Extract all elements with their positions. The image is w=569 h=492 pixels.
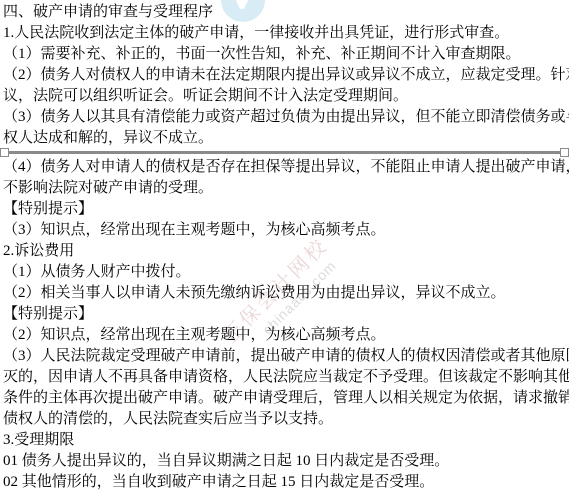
divider-handle-right[interactable]: [560, 148, 569, 157]
special-note-heading: 【特别提示】: [0, 304, 569, 325]
text-line: 3.受理期限: [0, 430, 569, 451]
text-line: 不影响法院对破产申请的受理。: [0, 178, 569, 199]
text-line: 条件的主体再次提出破产申请。破产申请受理后，管理人以相关规定为依据，请求撤销对该: [0, 388, 569, 409]
text-line: 02 其他情形的，当自收到破产申请之日起 15 日内裁定是否受理。: [0, 472, 569, 492]
text-line: （3）人民法院裁定受理破产申请前，提出破产申请的债权人的债权因清偿或者其他原因消: [0, 346, 569, 367]
text-line: 2.诉讼费用: [0, 241, 569, 262]
text-line: （2）相关当事人以申请人未预先缴纳诉讼费用为由提出异议，异议不成立。: [0, 283, 569, 304]
section-heading: 四、破产申请的审查与受理程序: [0, 2, 569, 23]
text-line: （2）知识点，经常出现在主观考题中，为核心高频考点。: [0, 325, 569, 346]
text-line: 债权人的清偿的，人民法院查实后应当予以支持。: [0, 409, 569, 430]
text-line: 权人达成和解的，异议不成立。: [0, 128, 569, 149]
page-break-line: [0, 151, 569, 154]
text-line: （1）需要补充、补正的，书面一次性告知，补充、补正期间不计入审查期限。: [0, 44, 569, 65]
text-line: （4）债务人对申请人的债权是否存在担保等提出异议，不能阻止申请人提出破产申请，也: [0, 157, 569, 178]
text-line: 1.人民法院收到法定主体的破产申请，一律接收并出具凭证，进行形式审查。: [0, 23, 569, 44]
text-line: 灭的，因申请人不再具备申请资格，人民法院应当裁定不予受理。但该裁定不影响其他符合: [0, 367, 569, 388]
page-break-divider: [0, 149, 569, 157]
divider-handle-left[interactable]: [0, 148, 9, 157]
text-line: （3）债务人以其具有清偿能力或资产超过负债为由提出异议，但不能立即清偿债务或与债: [0, 107, 569, 128]
page2-section: （4）债务人对申请人的债权是否存在担保等提出异议，不能阻止申请人提出破产申请，也…: [0, 157, 569, 492]
text-line: （2）债务人对债权人的申请未在法定期限内提出异议或异议不成立，应裁定受理。针对异: [0, 65, 569, 86]
document-content: 四、破产申请的审查与受理程序 1.人民法院收到法定主体的破产申请，一律接收并出具…: [0, 0, 569, 492]
page1-section: 四、破产申请的审查与受理程序 1.人民法院收到法定主体的破产申请，一律接收并出具…: [0, 0, 569, 149]
text-line: 议，法院可以组织听证会。听证会期间不计入法定受理期间。: [0, 86, 569, 107]
text-line: 01 债务人提出异议的，当自异议期满之日起 10 日内裁定是否受理。: [0, 451, 569, 472]
document-page: 正保会计网校 chinaacc.com 四、破产申请的审查与受理程序 1.人民法…: [0, 0, 569, 492]
special-note-heading: 【特别提示】: [0, 199, 569, 220]
text-line: （3）知识点，经常出现在主观考题中，为核心高频考点。: [0, 220, 569, 241]
text-line: （1）从债务人财产中拨付。: [0, 262, 569, 283]
